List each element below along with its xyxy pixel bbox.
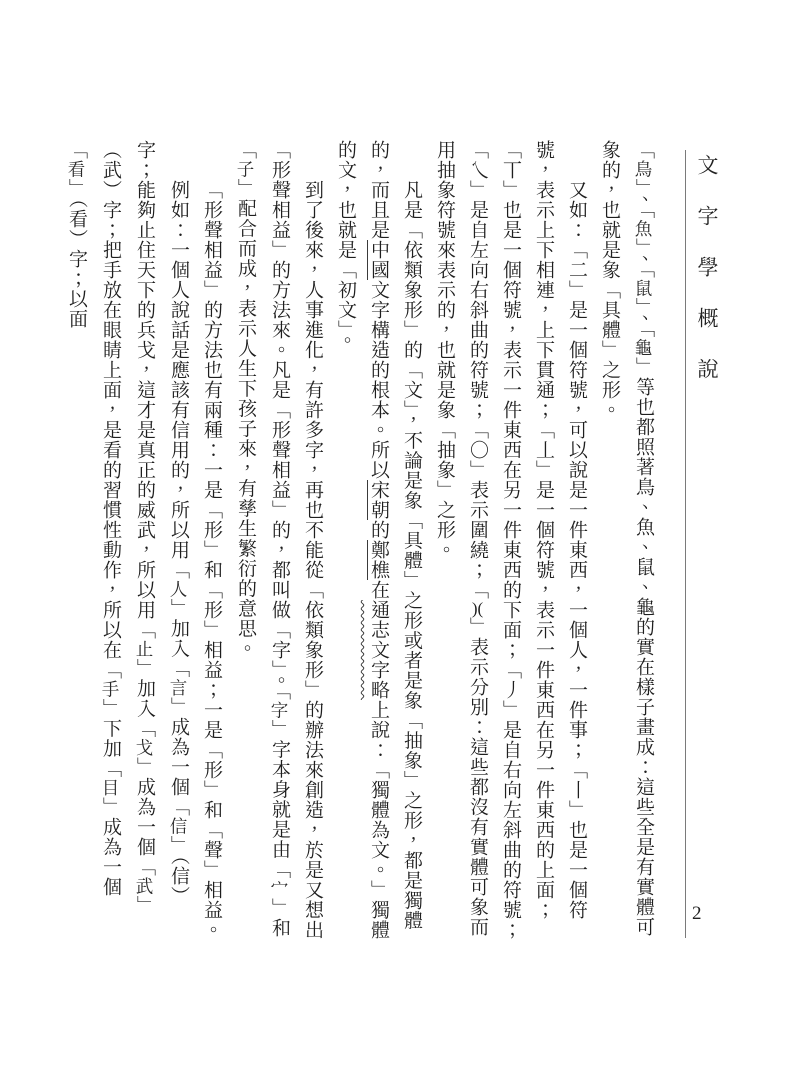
- text-run: 」加入「: [134, 659, 155, 739]
- seal-script-glyph: 子: [235, 160, 255, 179]
- seal-script-glyph: 止: [134, 640, 154, 659]
- text-run: 」成為一個「: [134, 757, 155, 877]
- running-head-title: 文字學概說: [692, 154, 722, 474]
- text-run: 」字本身就是由「: [269, 720, 290, 880]
- text-run: 」成為一個「: [168, 697, 189, 817]
- paragraph: 「鳥」、「魚」、「鼠」、「龜」等也都照著鳥、魚、鼠、龜的實在樣子畫成：這些全是有…: [593, 140, 660, 940]
- paragraph: 又如：「二」是一個符號，可以說是一件東西，一個人，一件事；「丨」也是一個符號，表…: [428, 140, 593, 940]
- text-run: 在: [368, 580, 389, 600]
- text-run: 的: [368, 520, 389, 540]
- text-run: 」配合而成，表示人生下孩子來，有孳生繁衍的意思。: [235, 179, 256, 659]
- text-run: 」（看）字；以面: [66, 179, 87, 330]
- seal-script-glyph: 人: [168, 580, 188, 599]
- text-run: 」、「: [633, 298, 654, 339]
- paragraph: 例如：一個人說話是應該有信用的，所以用「人」加入「言」成為一個「信」（信）字；能…: [59, 140, 195, 940]
- paragraph: 到了後來，人事進化，有許多字，再也不能從「依類象形」的辦法來創造，於是又想出「形…: [228, 140, 329, 940]
- text-run: 」、「: [633, 179, 654, 220]
- text-run: 」下加「: [100, 699, 121, 779]
- seal-script-glyph: 字: [269, 701, 289, 720]
- seal-script-glyph: 看: [66, 160, 86, 179]
- text-run: 」: [633, 357, 654, 377]
- text-run: 」加入「: [168, 599, 189, 679]
- seal-script-glyph: 龜: [633, 339, 653, 358]
- header-rule: [685, 150, 686, 938]
- proper-noun-mark: 宋朝: [367, 480, 389, 520]
- paragraph: 凡是「依類象形」的「文」，不論是象「具體」之形或者是象「抽象」之形，都是獨體的，…: [329, 140, 428, 940]
- text-run: 例如：一個人說話是應該有信用的，所以用「: [168, 180, 189, 580]
- seal-script-glyph: 信: [168, 817, 188, 836]
- proper-noun-mark: 鄭樵: [367, 540, 389, 580]
- paragraph: 「形聲相益」的方法也有兩種：一是「形」和「形」相益；一是「形」和「聲」相益。: [195, 140, 228, 940]
- seal-script-glyph: 言: [168, 679, 188, 698]
- text-run: 文字構造的根本。所以: [368, 280, 389, 480]
- seal-script-glyph: 武: [134, 877, 154, 896]
- page-number: 2: [692, 903, 702, 925]
- seal-script-glyph: 鼠: [633, 279, 653, 298]
- main-text-area: 「鳥」、「魚」、「鼠」、「龜」等也都照著鳥、魚、鼠、龜的實在樣子畫成：這些全是有…: [100, 140, 660, 940]
- seal-script-glyph: 目: [100, 779, 120, 798]
- seal-script-glyph: 鳥: [633, 160, 653, 179]
- book-title-mark: 通志文字略: [368, 600, 389, 700]
- seal-script-glyph: 魚: [633, 220, 653, 239]
- seal-script-glyph: 手: [100, 680, 120, 699]
- text-run: 「: [633, 140, 654, 160]
- seal-script-glyph: 宀: [269, 880, 289, 899]
- split-symbol-glyph: )(: [468, 600, 487, 617]
- text-run: 「形聲相益」的方法也有兩種：一是「形」和「形」相益；一是「形」和「聲」相益。: [201, 180, 222, 940]
- seal-script-glyph: 戈: [134, 739, 154, 758]
- text-run: 」、「: [633, 238, 654, 279]
- book-page: 文字學概說 2 「鳥」、「魚」、「鼠」、「龜」等也都照著鳥、魚、鼠、龜的實在樣子…: [0, 0, 800, 1087]
- proper-noun-mark: 中國: [367, 240, 389, 280]
